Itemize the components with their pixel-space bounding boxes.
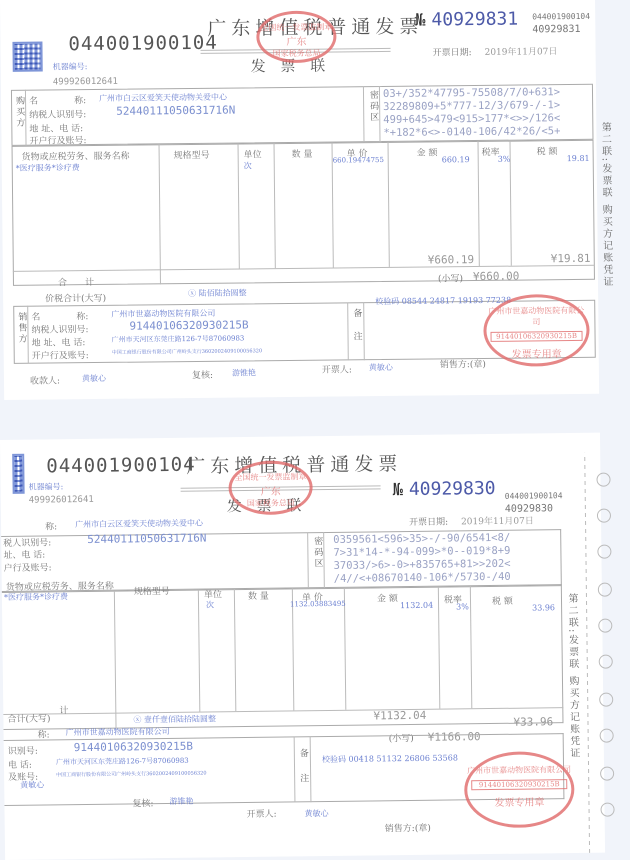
total-tax: ¥33.96 (513, 715, 553, 728)
invoice-code: 044001900104 (46, 454, 196, 478)
seller-stamp: 广州市世嘉动物医院有限公司 91440106320930215B 发票专用章 (483, 294, 590, 367)
code-small: 044001900104 (532, 12, 590, 22)
seller-address: 广州市天河区东莞庄路126-7号87060983 (56, 756, 189, 768)
qr-code-icon (12, 454, 24, 494)
number-small: 40929831 (532, 24, 580, 36)
perforation-hole-icon (599, 655, 613, 669)
table-row: *医疗服务*诊疗费 次 1132.03883495 1132.04 3% 33.… (0, 433, 600, 440)
cipher-area: 03+/352*47795-75508/7/0+631> 32289809+5*… (383, 86, 561, 140)
machine-no-label: 机器编号: (53, 61, 88, 72)
invoice-number: №40929830 (393, 478, 496, 500)
buyer-tax-id: 52440111050631716N (116, 104, 235, 118)
total-in-words: ⓧ 壹仟壹佰陆拾陆圆整 (133, 713, 216, 725)
invoice-1: 044001900104 机器编号: 499926012641 广东增值税普通发… (0, 0, 599, 400)
buyer-name: 广州市白云区爱笑天使动物关爱中心 (99, 92, 227, 104)
machine-no-label: 机器编号: (29, 481, 64, 492)
invoice-date: 2019年11月07日 (461, 513, 534, 527)
invoice-2: 044001900104 机器编号: 499926012641 广东增值税普通发… (0, 433, 605, 860)
seller-name: 广州市世嘉动物医院有限公司 (66, 726, 170, 738)
perforation-hole-icon (596, 473, 610, 487)
total-small: ¥660.00 (473, 270, 519, 283)
perforation-hole-icon (597, 509, 611, 523)
total-amount: ¥660.19 (428, 253, 474, 266)
invoice-date: 2019年11月07日 (484, 44, 557, 58)
seller-tax-id: 91440106320930215B (74, 740, 193, 754)
perforation-hole-icon (600, 729, 614, 743)
seller-tax-id: 91440106320930215B (129, 318, 248, 332)
date-label: 开票日期: (409, 515, 448, 528)
reviewer: 游锥艳 (169, 796, 193, 807)
remarks-label: 备注 (350, 308, 363, 354)
remarks: 校验码 00418 51132 26806 53568 (322, 752, 458, 765)
side-note: 第二联:发票联 购买方记账凭证 (564, 593, 581, 760)
supervision-stamp: 全国统一发票监制章 广东 国家税务总局 (228, 460, 313, 515)
total-amount: ¥1132.04 (373, 709, 426, 723)
seller-address: 广州市天河区东莞庄路126-7号87060983 (112, 333, 245, 344)
remarks-label: 备注 (297, 748, 311, 798)
perforation-hole-icon (600, 767, 614, 781)
reviewer: 游锥艳 (232, 367, 256, 378)
drawer: 黄敏心 (305, 808, 329, 819)
total-tax: ¥19.81 (551, 252, 591, 265)
perforation-hole-icon (600, 803, 614, 817)
buyer-tax-id: 52440111050631716N (87, 531, 206, 545)
perforation-hole-icon (598, 619, 612, 633)
cipher-area: 0359561<596>35>-/-90/6541<8/ 7>31*14-*-9… (333, 532, 511, 586)
payee: 黄敏心 (82, 373, 106, 384)
code-small: 044001900104 (505, 491, 563, 501)
invoice-number: №40929831 (415, 9, 518, 31)
perforation-hole-icon (597, 545, 611, 559)
date-label: 开票日期: (432, 45, 471, 58)
side-note: 第二联:发票联 购买方记账凭证 (597, 122, 614, 289)
qr-code-icon (12, 42, 42, 72)
machine-no: 499926012641 (53, 77, 118, 88)
drawer: 黄敏心 (369, 362, 393, 373)
total-in-words: ⓧ 陆佰陆拾圆整 (188, 287, 247, 299)
supervision-stamp: 全国统一发票监制章 广东 国家税务总局 (256, 10, 337, 63)
invoice-code: 044001900104 (68, 32, 218, 56)
payee: 黄敏心 (20, 779, 44, 790)
perforation-hole-icon (598, 583, 612, 597)
machine-no: 499926012641 (29, 495, 94, 506)
perforation-hole-icon (599, 693, 613, 707)
buyer-name: 广州市白云区爱笑天使动物关爱中心 (75, 518, 203, 531)
seller-stamp: 广州市世嘉动物医院有限公司 91440106320930215B 发票专用章 (464, 751, 575, 828)
